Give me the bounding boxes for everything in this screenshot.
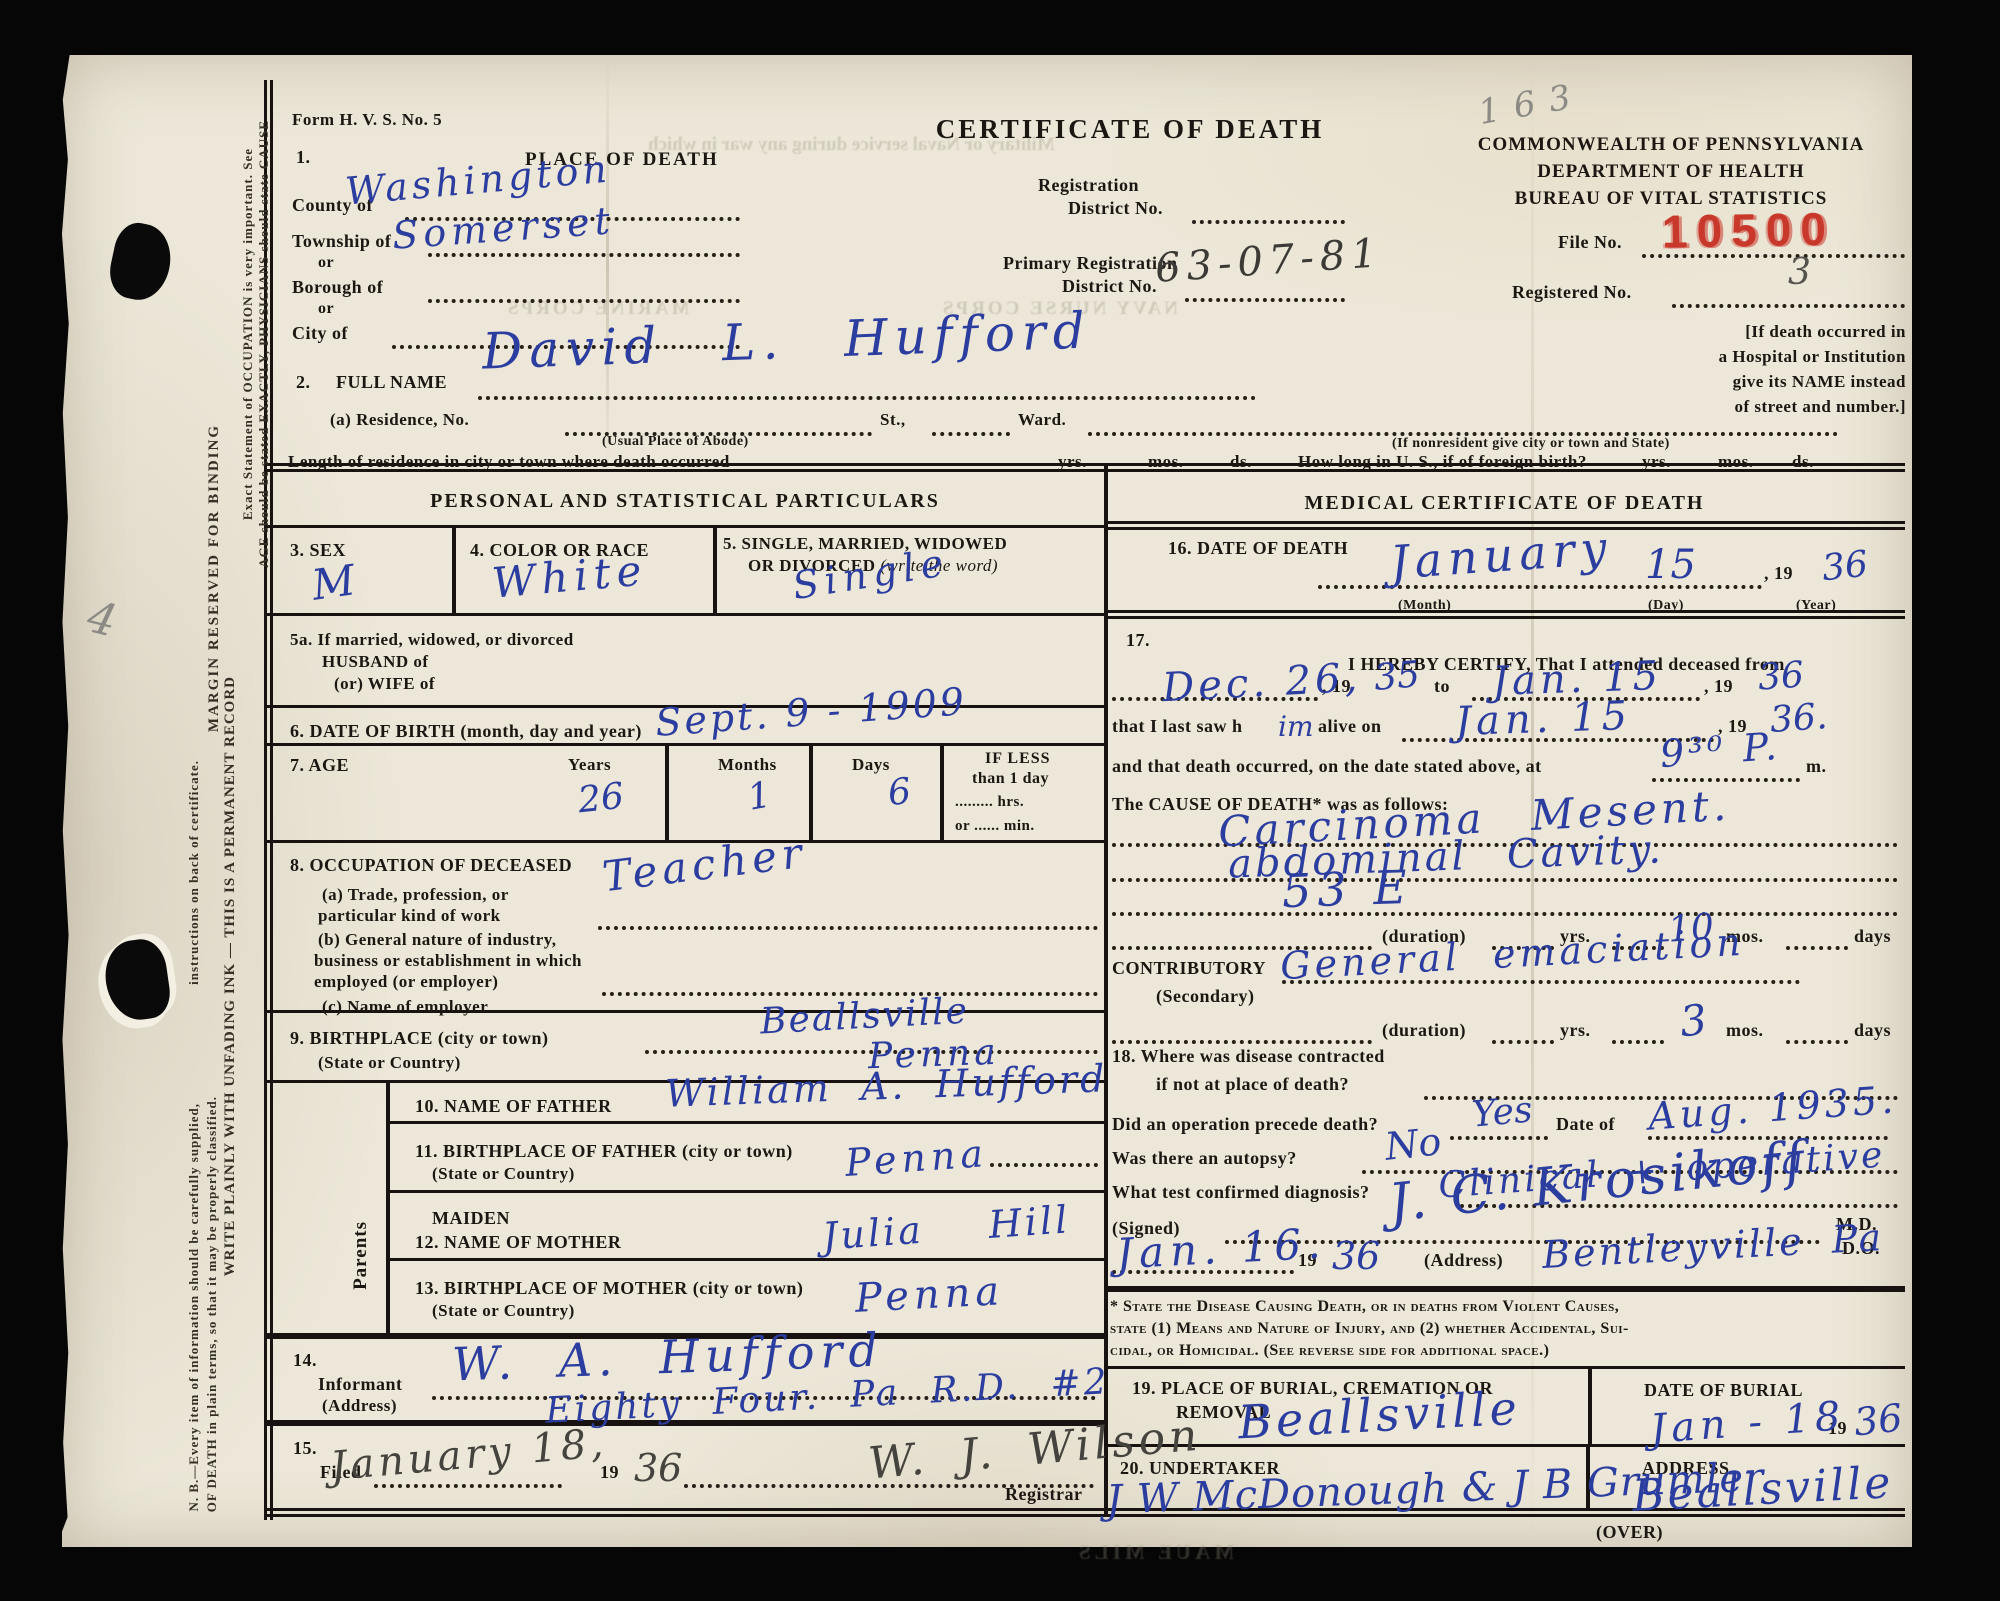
over-label: (OVER) <box>1596 1522 1663 1543</box>
duration-2-label: (duration) <box>1382 1020 1466 1041</box>
bleedthrough-text: MAUE MILS <box>1075 1540 1234 1565</box>
dotted-leader <box>1786 944 1848 950</box>
item-17-number: 17. <box>1126 630 1150 651</box>
ifless-line-3: ......... hrs. <box>955 794 1024 811</box>
last-saw-label-1: that I last saw h <box>1112 716 1243 737</box>
ds-label: ds. <box>1230 452 1252 472</box>
st-label: St., <box>880 410 906 430</box>
primary-district-label: District No. <box>1062 276 1157 297</box>
yrs-label: yrs. <box>1058 452 1087 472</box>
rule <box>264 613 1106 616</box>
abode-note: (Usual Place of Abode) <box>602 434 749 450</box>
duration-2-mos-label: mos. <box>1726 1020 1764 1041</box>
dotted-leader <box>478 394 1256 400</box>
rule <box>386 1258 1106 1261</box>
signed-address-label: (Address) <box>1424 1250 1503 1271</box>
informant-label: Informant <box>318 1374 403 1395</box>
date-of-death-label: 16. DATE OF DEATH <box>1168 538 1348 559</box>
item-14-number: 14. <box>293 1350 317 1371</box>
dotted-leader <box>1492 1038 1554 1044</box>
operation-value: Yes <box>1470 1089 1534 1135</box>
age-days-value: 6 <box>886 771 913 814</box>
margin-note: Exact Statement of OCCUPATION is very im… <box>240 148 256 520</box>
residence-label: (a) Residence, No. <box>330 410 469 430</box>
parents-box-border <box>386 1080 390 1333</box>
city-label: City of <box>292 323 348 344</box>
registration-district-label: District No. <box>1068 198 1163 219</box>
from-year-value: 35 <box>1372 654 1421 699</box>
days-label: Days <box>852 755 890 775</box>
margin-note: MARGIN RESERVED FOR BINDING <box>206 424 223 732</box>
margin-note: instructions on back of certificate. <box>186 760 202 985</box>
month-note: (Month) <box>1398 598 1451 614</box>
rule <box>386 1121 1106 1124</box>
signed-year-value: 36 <box>1332 1234 1380 1278</box>
duration-1-days-label: days <box>1854 926 1891 947</box>
length-of-residence-label: Length of residence in city or town wher… <box>288 452 730 472</box>
occupation-a2: particular kind of work <box>318 906 501 926</box>
dotted-leader <box>1192 218 1345 224</box>
dotted-leader <box>1112 910 1898 916</box>
cause-line-3: 53 E <box>1281 860 1414 919</box>
autopsy-label: Was there an autopsy? <box>1112 1148 1297 1169</box>
full-name-label: FULL NAME <box>336 372 447 393</box>
or-label: or <box>318 254 334 272</box>
cell-divider <box>940 743 944 840</box>
operation-label: Did an operation precede death? <box>1112 1114 1378 1135</box>
sex-value: M <box>309 555 358 610</box>
registered-no-label: Registered No. <box>1512 282 1632 303</box>
rule <box>1104 1286 1905 1292</box>
death-time-label: and that death occurred, on the date sta… <box>1112 756 1542 777</box>
test-label: What test confirmed diagnosis? <box>1112 1182 1370 1203</box>
rule <box>386 1190 1106 1193</box>
maiden-label: MAIDEN <box>432 1208 510 1229</box>
age-label: 7. AGE <box>290 755 349 776</box>
file-no-label: File No. <box>1558 232 1622 253</box>
occupation-b2: business or establishment in which <box>314 951 582 971</box>
yrs-label: yrs. <box>1642 452 1671 472</box>
footnote-line-2: state (1) Means and Nature of Injury, an… <box>1110 1320 1629 1338</box>
date-of-death-day: 15 <box>1645 542 1696 588</box>
item-18-line-2: if not at place of death? <box>1156 1074 1349 1095</box>
age-years-value: 26 <box>576 776 626 822</box>
certificate-title: CERTIFICATE OF DEATH <box>930 114 1330 145</box>
hospital-note-line: of street and number.] <box>1630 397 1906 417</box>
hospital-note-line: a Hospital or Institution <box>1630 347 1906 367</box>
occupation-b3: employed (or employer) <box>314 972 498 992</box>
hospital-note-line: [If death occurred in <box>1630 322 1906 342</box>
parents-vertical-label: Parents <box>350 1221 372 1290</box>
occupation-b1: (b) General nature of industry, <box>318 930 557 950</box>
year-note: (Year) <box>1796 598 1836 614</box>
rule <box>1104 1444 1905 1447</box>
years-label: Years <box>568 755 611 775</box>
rule <box>264 743 1106 746</box>
item-5a-line: 5a. If married, widowed, or divorced <box>290 630 574 650</box>
birthplace-note: (State or Country) <box>318 1053 461 1073</box>
item-15-number: 15. <box>293 1438 317 1459</box>
day-note: (Day) <box>1648 598 1684 614</box>
or-label: or <box>318 300 334 318</box>
margin-note: N. B.—Every item of information should b… <box>186 1103 202 1512</box>
duration-2-days-label: days <box>1854 1020 1891 1041</box>
date-of-death-19: , 19 <box>1764 563 1793 584</box>
father-name-label: 10. NAME OF FATHER <box>415 1096 612 1117</box>
mother-birthplace-note: (State or Country) <box>432 1301 575 1321</box>
margin-note: OF DEATH in plain terms, so that it may … <box>204 1096 220 1512</box>
hospital-note-line: give its NAME instead <box>1630 372 1906 392</box>
father-birthplace-note: (State or Country) <box>432 1164 575 1184</box>
form-number: Form H. V. S. No. 5 <box>292 110 442 130</box>
department-line: DEPARTMENT OF HEALTH <box>1436 161 1906 183</box>
occupation-a1: (a) Trade, profession, or <box>322 885 509 905</box>
dotted-leader <box>990 1161 1098 1167</box>
column-divider <box>1104 463 1108 1517</box>
cell-divider <box>809 743 813 840</box>
ds-label: ds. <box>1792 452 1814 472</box>
to-year-value: 36 <box>1757 654 1806 698</box>
duration-2-yrs-label: yrs. <box>1560 1020 1591 1041</box>
commonwealth-line: COMMONWEALTH OF PENNSYLVANIA <box>1436 134 1906 156</box>
item-1-number: 1. <box>296 147 311 168</box>
duration-2-months-value: 3 <box>1678 995 1710 1047</box>
personal-heading: PERSONAL AND STATISTICAL PARTICULARS <box>264 490 1106 513</box>
borough-label: Borough of <box>292 277 383 298</box>
marital-label: 5. SINGLE, MARRIED, WIDOWED <box>723 534 1007 554</box>
margin-note: WRITE PLAINLY WITH UNFADING INK — THIS I… <box>222 676 239 1276</box>
mother-birthplace-value: Penna <box>854 1268 1005 1322</box>
months-label: Months <box>718 755 777 775</box>
mother-name-label: 12. NAME OF MOTHER <box>415 1232 621 1253</box>
last-saw-im: im <box>1278 710 1314 743</box>
dotted-leader <box>1450 1134 1548 1140</box>
mos-label: mos. <box>1718 452 1754 472</box>
date-of-label: Date of <box>1556 1114 1615 1135</box>
mother-birthplace-label: 13. BIRTHPLACE OF MOTHER (city or town) <box>415 1278 803 1299</box>
wife-of-label: (or) WIFE of <box>334 674 435 694</box>
filed-year-value: 36 <box>634 1446 682 1490</box>
registrar-label: Registrar <box>1005 1484 1082 1505</box>
township-label: Township of <box>292 231 391 252</box>
occupation-c: (c) Name of employer <box>322 997 488 1017</box>
date-of-death-year: 36 <box>1820 544 1870 590</box>
last-saw-value: Jan. 15 <box>1454 693 1632 745</box>
dotted-leader <box>428 297 740 303</box>
cell-divider <box>452 525 456 613</box>
occupation-label: 8. OCCUPATION OF DECEASED <box>290 855 572 876</box>
rule <box>264 525 1106 528</box>
dotted-leader <box>1672 302 1905 308</box>
to-19-label: , 19 <box>1704 676 1733 697</box>
dotted-leader <box>1185 296 1345 302</box>
dotted-leader <box>598 924 1098 930</box>
burial-divider <box>1588 1366 1592 1444</box>
scanned-death-certificate: Military or Naval service during any war… <box>0 0 2000 1601</box>
ward-label: Ward. <box>1018 410 1066 430</box>
nonresident-note: (If nonresident give city or town and St… <box>1392 436 1670 452</box>
secondary-label: (Secondary) <box>1156 986 1255 1007</box>
footnote-line-1: * State the Disease Causing Death, or in… <box>1110 1298 1619 1316</box>
husband-of-label: HUSBAND of <box>322 652 429 672</box>
fold-crease <box>606 55 609 475</box>
ifless-line-4: or ...... min. <box>955 818 1035 835</box>
informant-address-label: (Address) <box>322 1396 397 1416</box>
footnote-line-3: cidal, or Homicidal. (See reverse side f… <box>1110 1342 1549 1360</box>
medical-heading: MEDICAL CERTIFICATE OF DEATH <box>1104 492 1905 515</box>
death-time-m-label: m. <box>1806 756 1827 777</box>
birthplace-label: 9. BIRTHPLACE (city or town) <box>290 1028 549 1049</box>
dotted-leader <box>1786 1038 1848 1044</box>
cell-divider <box>713 525 717 613</box>
burial-year-value: 36 <box>1852 1396 1905 1445</box>
autopsy-value: No <box>1383 1119 1443 1169</box>
father-birthplace-label: 11. BIRTHPLACE OF FATHER (city or town) <box>415 1141 793 1162</box>
rule <box>1104 610 1905 619</box>
item-18-line-1: 18. Where was disease contracted <box>1112 1046 1385 1067</box>
how-long-label: How long in U. S., if of foreign birth? <box>1298 452 1587 472</box>
file-no-stamp: 10500 <box>1662 201 1836 258</box>
rule <box>1104 1366 1905 1369</box>
cell-divider <box>665 743 669 840</box>
last-saw-label-2: alive on <box>1318 716 1382 737</box>
item-2-number: 2. <box>296 372 311 393</box>
dob-label: 6. DATE OF BIRTH (month, day and year) <box>290 721 642 742</box>
primary-registration-label: Primary Registration <box>1003 253 1177 274</box>
registered-no-value: 3 <box>1788 252 1811 293</box>
mos-label: mos. <box>1148 452 1184 472</box>
to-label: to <box>1434 676 1450 697</box>
ifless-line-2: than 1 day <box>972 770 1049 788</box>
dotted-leader <box>932 430 1010 436</box>
contributory-label: CONTRIBUTORY <box>1112 958 1266 979</box>
death-time-value: 9³⁰ P. <box>1659 724 1782 776</box>
registration-label: Registration <box>1038 175 1139 196</box>
dotted-leader <box>1612 1038 1664 1044</box>
ifless-line-1: IF LESS <box>985 750 1051 768</box>
dotted-leader <box>602 990 1098 996</box>
dotted-leader <box>1112 1038 1372 1044</box>
